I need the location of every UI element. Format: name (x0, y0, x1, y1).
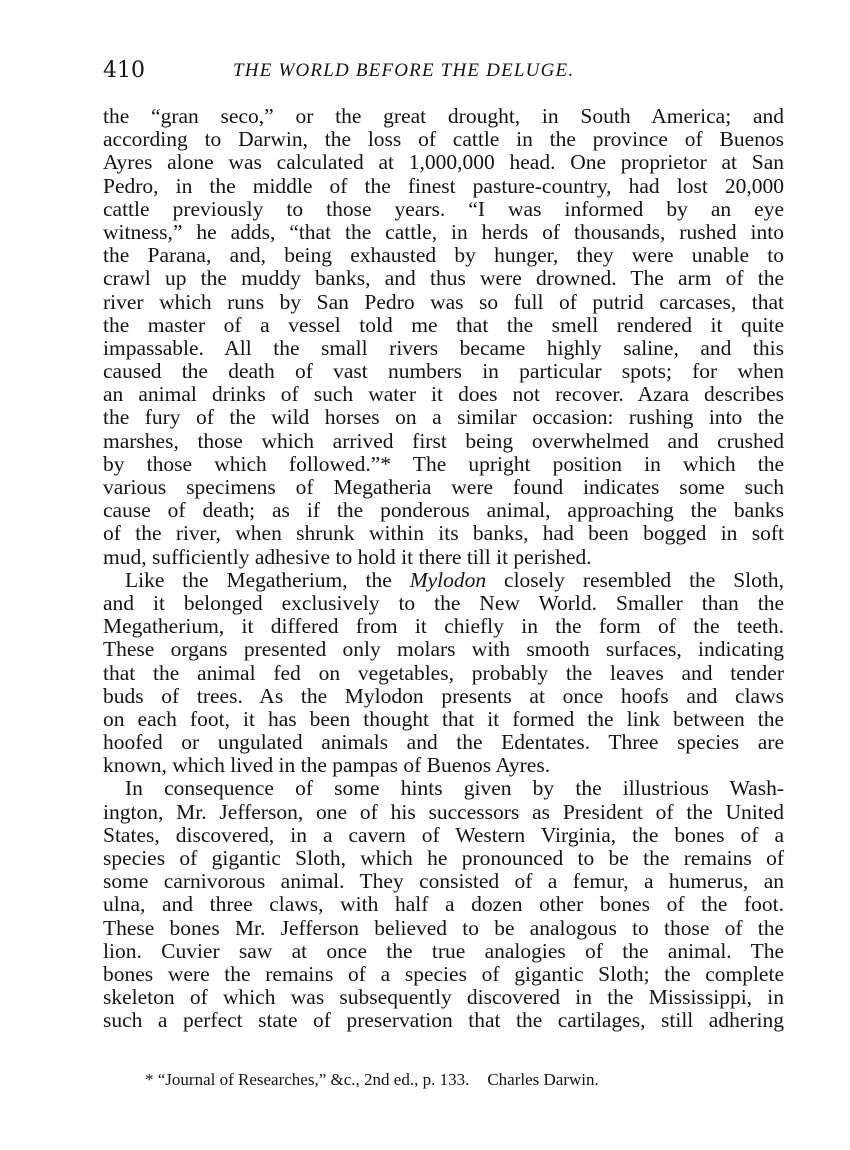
text-line: hoofed or ungulated animals and the Eden… (103, 731, 784, 754)
text-line: by those which followed.”* The upright p… (103, 453, 784, 476)
footnote: * “Journal of Researches,” &c., 2nd ed.,… (145, 1070, 599, 1090)
text-line: the master of a vessel told me that the … (103, 314, 784, 337)
text-line: river which runs by San Pedro was so ful… (103, 291, 784, 314)
text-line: caused the death of vast numbers in part… (103, 360, 784, 383)
text-line: In consequence of some hints given by th… (103, 777, 784, 800)
text-line: marshes, those which arrived first being… (103, 430, 784, 453)
text-line: Like the Megatherium, the Mylodon closel… (103, 569, 784, 592)
text-line: an animal drinks of such water it does n… (103, 383, 784, 406)
page-number: 410 (103, 58, 145, 83)
body-text: the “gran seco,” or the great drought, i… (103, 105, 784, 1033)
text-line: bones were the remains of a species of g… (103, 963, 784, 986)
text-line: on each foot, it has been thought that i… (103, 708, 784, 731)
text-line: that the animal fed on vegetables, proba… (103, 662, 784, 685)
text-line: species of gigantic Sloth, which he pron… (103, 847, 784, 870)
text-line: cattle previously to those years. “I was… (103, 198, 784, 221)
text-line: known, which lived in the pampas of Buen… (103, 754, 784, 777)
footnote-attribution: Charles Darwin. (487, 1070, 598, 1089)
text-line: various specimens of Megatheria were fou… (103, 476, 784, 499)
text-line: crawl up the muddy banks, and thus were … (103, 267, 784, 290)
text-line: according to Darwin, the loss of cattle … (103, 128, 784, 151)
text-line: mud, sufficiently adhesive to hold it th… (103, 546, 784, 569)
text-line: cause of death; as if the ponderous anim… (103, 499, 784, 522)
text-line: ulna, and three claws, with half a dozen… (103, 893, 784, 916)
paragraph-1: the “gran seco,” or the great drought, i… (103, 105, 784, 569)
text-line: some carnivorous animal. They consisted … (103, 870, 784, 893)
text-line: buds of trees. As the Mylodon presents a… (103, 685, 784, 708)
text-line: ington, Mr. Jefferson, one of his succes… (103, 801, 784, 824)
text-line: of the river, when shrunk within its ban… (103, 522, 784, 545)
book-page: 410 THE WORLD BEFORE THE DELUGE. the “gr… (0, 0, 850, 1150)
paragraph-2: Like the Megatherium, the Mylodon closel… (103, 569, 784, 778)
text-line: witness,” he adds, “that the cattle, in … (103, 221, 784, 244)
text-line: lion. Cuvier saw at once the true analog… (103, 940, 784, 963)
italic-species-name: Mylodon (410, 568, 486, 592)
text-line: impassable. All the small rivers became … (103, 337, 784, 360)
footnote-marker: * (145, 1070, 154, 1089)
paragraph-3: In consequence of some hints given by th… (103, 777, 784, 1032)
text-line: and it belonged exclusively to the New W… (103, 592, 784, 615)
text-line: the “gran seco,” or the great drought, i… (103, 105, 784, 128)
running-head: THE WORLD BEFORE THE DELUGE. (233, 60, 574, 82)
footnote-text: “Journal of Researches,” &c., 2nd ed., p… (158, 1070, 470, 1089)
text-line: such a perfect state of preservation tha… (103, 1009, 784, 1032)
text-line: Megatherium, it differed from it chiefly… (103, 615, 784, 638)
text-line: Pedro, in the middle of the finest pastu… (103, 175, 784, 198)
text-line: These bones Mr. Jefferson believed to be… (103, 917, 784, 940)
text-line: the Parana, and, being exhausted by hung… (103, 244, 784, 267)
text-line: Ayres alone was calculated at 1,000,000 … (103, 151, 784, 174)
text-line: skeleton of which was subsequently disco… (103, 986, 784, 1009)
page-header: 410 THE WORLD BEFORE THE DELUGE. (103, 58, 783, 88)
text-line: These organs presented only molars with … (103, 638, 784, 661)
text-line: States, discovered, in a cavern of Weste… (103, 824, 784, 847)
text-line: the fury of the wild horses on a similar… (103, 406, 784, 429)
